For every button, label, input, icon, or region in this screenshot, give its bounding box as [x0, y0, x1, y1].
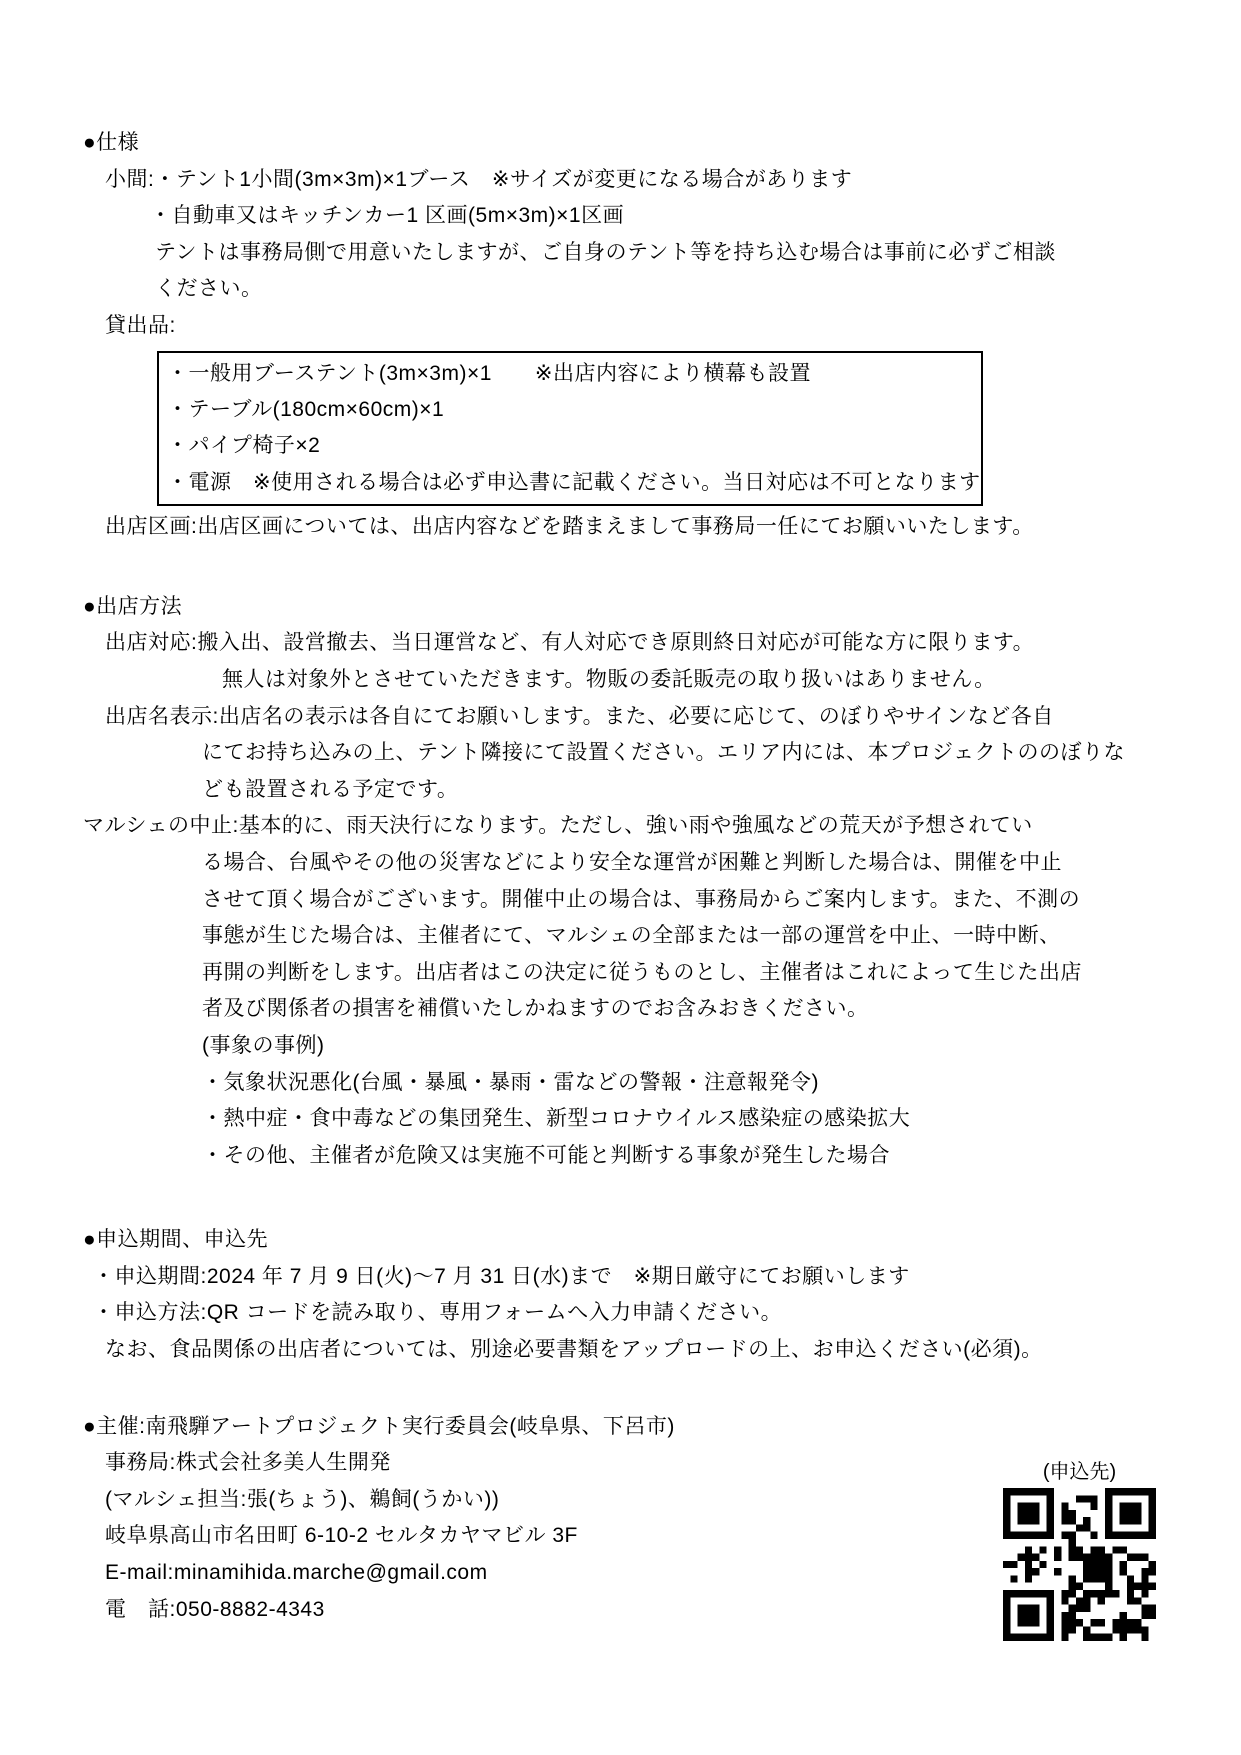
document-page: ●仕様 小間:・テント1小間(3m×3m)×1ブース ※サイズが変更になる場合が…: [0, 0, 1241, 1755]
method-line: にてお持ち込みの上、テント隣接にて設置ください。エリア内には、本プロジェクトのの…: [202, 735, 1241, 772]
rental-label: 貸出品:: [105, 308, 1241, 345]
spec-heading: ●仕様: [83, 125, 1241, 162]
rental-item: ・電源 ※使用される場合は必ず申込書に記載ください。当日対応は不可となります: [167, 465, 975, 501]
method-heading: ●出店方法: [83, 589, 1241, 626]
application-heading: ●申込期間、申込先: [83, 1222, 1241, 1259]
application-period-line: ・申込期間:2024 年 7 月 9 日(火)～7 月 31 日(水)まで ※期…: [93, 1259, 1241, 1296]
method-example-item: ・熱中症・食中毒などの集団発生、新型コロナウイルス感染症の感染拡大: [202, 1101, 1241, 1138]
spec-koma-line: 小間:・テント1小間(3m×3m)×1ブース ※サイズが変更になる場合があります: [105, 162, 1241, 199]
method-line: ども設置される予定です。: [202, 772, 1241, 809]
method-line: マルシェの中止:基本的に、雨天決行になります。ただし、強い雨や強風などの荒天が予…: [83, 808, 1241, 845]
method-line: 出店名表示:出店名の表示は各自にてお願いします。また、必要に応じて、のぼりやサイ…: [105, 699, 1241, 736]
spec-koma-line: ください。: [155, 271, 1241, 308]
method-line: 再開の判断をします。出店者はこの決定に従うものとし、主催者はこれによって生じた出…: [202, 955, 1241, 992]
spec-koma-line: ・自動車又はキッチンカー1 区画(5m×3m)×1区画: [150, 198, 1241, 235]
application-note-line: なお、食品関係の出店者については、別途必要書類をアップロードの上、お申込ください…: [105, 1332, 1241, 1369]
application-method-line: ・申込方法:QR コードを読み取り、専用フォームへ入力申請ください。: [93, 1295, 1241, 1332]
method-example-item: ・その他、主催者が危険又は実施不可能と判断する事象が発生した場合: [202, 1138, 1241, 1175]
method-line: る場合、台風やその他の災害などにより安全な運営が困難と判断した場合は、開催を中止: [202, 845, 1241, 882]
rental-items-box: ・一般用ブーステント(3m×3m)×1 ※出店内容により横幕も設置 ・テーブル(…: [157, 351, 983, 507]
rental-item: ・テーブル(180cm×60cm)×1: [167, 392, 975, 428]
booth-assignment-line: 出店区画:出店区画については、出店内容などを踏まえまして事務局一任にてお願いいた…: [105, 509, 1241, 546]
qr-code: [1003, 1488, 1156, 1641]
rental-item: ・パイプ椅子×2: [167, 428, 975, 464]
qr-block: (申込先): [1001, 1458, 1158, 1641]
rental-item: ・一般用ブーステント(3m×3m)×1 ※出店内容により横幕も設置: [167, 356, 975, 392]
spec-koma-line: テントは事務局側で用意いたしますが、ご自身のテント等を持ち込む場合は事前に必ずご…: [155, 235, 1241, 272]
method-example-title: (事象の事例): [202, 1028, 1241, 1065]
organizer-heading: ●主催:南飛騨アートプロジェクト実行委員会(岐阜県、下呂市): [83, 1409, 1241, 1446]
method-line: 事態が生じた場合は、主催者にて、マルシェの全部または一部の運営を中止、一時中断、: [202, 918, 1241, 955]
method-line: させて頂く場合がございます。開催中止の場合は、事務局からご案内します。また、不測…: [202, 882, 1241, 919]
method-line: 出店対応:搬入出、設営撤去、当日運営など、有人対応でき原則終日対応が可能な方に限…: [105, 625, 1241, 662]
method-example-item: ・気象状況悪化(台風・暴風・暴雨・雷などの警報・注意報発令): [202, 1065, 1241, 1102]
qr-label: (申込先): [1001, 1458, 1158, 1486]
method-line: 者及び関係者の損害を補償いたしかねますのでお含みおきください。: [202, 991, 1241, 1028]
method-line: 無人は対象外とさせていただきます。物販の委託販売の取り扱いはありません。: [222, 662, 1241, 699]
